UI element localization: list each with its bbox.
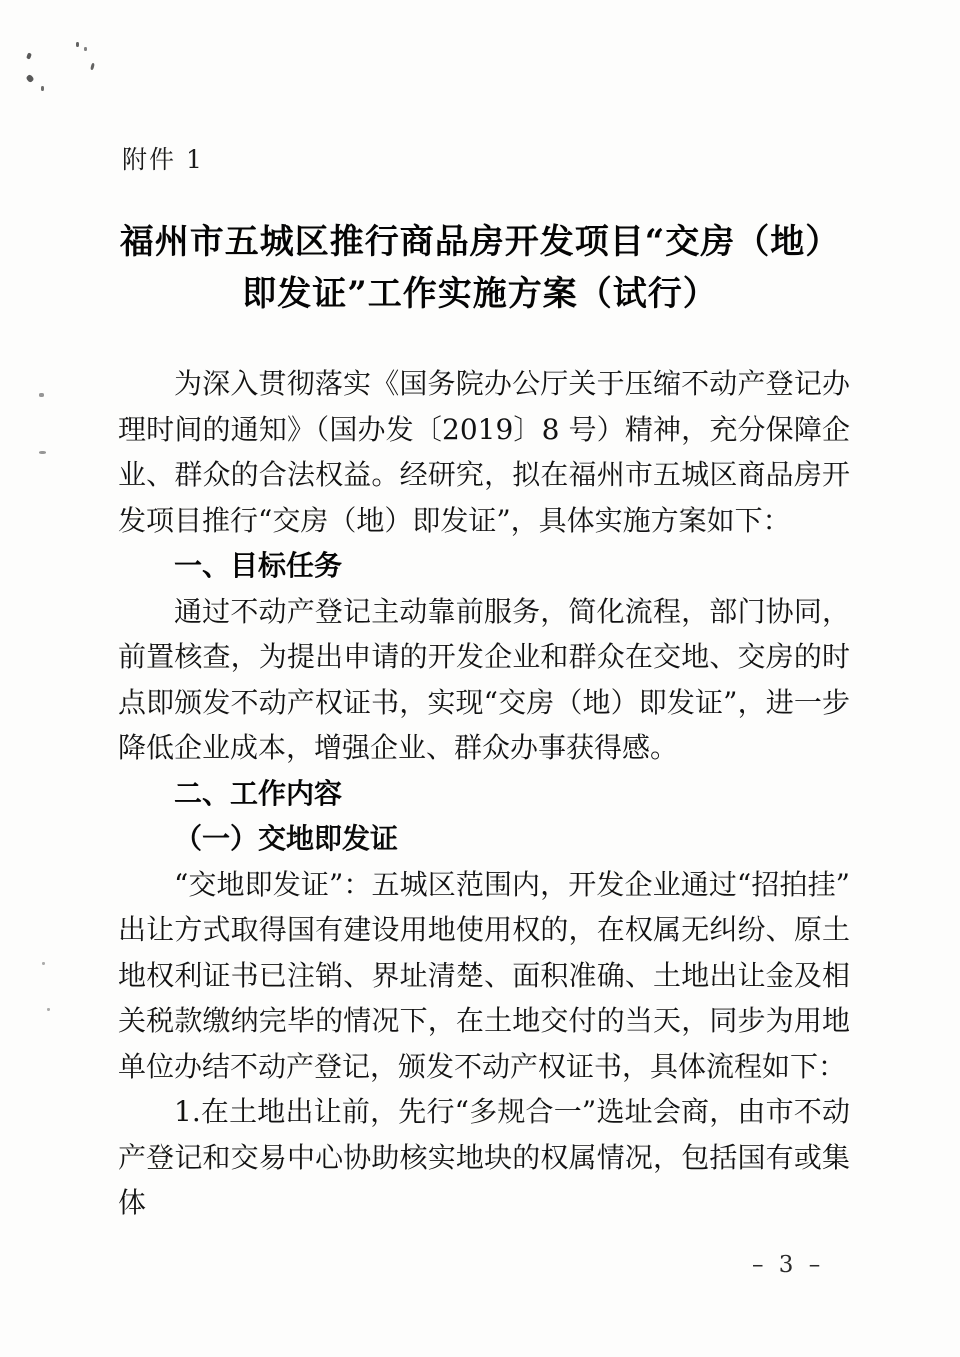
scan-speckle <box>47 1008 50 1011</box>
scan-speckle <box>26 52 32 59</box>
document-title-line-1: 福州市五城区推行商品房开发项目“交房（地） <box>120 222 841 262</box>
scan-speckle <box>39 393 44 397</box>
scan-speckle <box>90 63 95 71</box>
scan-speckle <box>41 86 44 91</box>
scan-speckle <box>76 42 79 47</box>
scan-speckle <box>84 47 87 51</box>
section-1-heading: 一、目标任务 <box>118 543 850 589</box>
scan-speckle <box>39 451 46 454</box>
scan-speckle <box>42 962 45 965</box>
document-body: 为深入贯彻落实《国务院办公厅关于压缩不动产登记办理时间的通知》（国办发〔2019… <box>118 361 850 1226</box>
subsection-2-1-heading: （一）交地即发证 <box>118 816 850 862</box>
paragraph-intro: 为深入贯彻落实《国务院办公厅关于压缩不动产登记办理时间的通知》（国办发〔2019… <box>118 361 850 543</box>
document-page: 附件 1 福州市五城区推行商品房开发项目“交房（地）即发证”工作实施方案（试行）… <box>0 0 960 1357</box>
page-number: – 3 – <box>752 1252 824 1278</box>
numbered-item-1-paragraph: 1.在土地出让前，先行“多规合一”选址会商，由市不动产登记和交易中心协助核实地块… <box>118 1089 850 1226</box>
attachment-label: 附件 1 <box>122 140 204 176</box>
section-1-paragraph: 通过不动产登记主动靠前服务，简化流程，部门协同，前置核查，为提出申请的开发企业和… <box>118 589 850 771</box>
section-2-heading: 二、工作内容 <box>118 771 850 817</box>
subsection-2-1-paragraph: “交地即发证”：五城区范围内，开发企业通过“招拍挂”出让方式取得国有建设用地使用… <box>118 862 850 1090</box>
scan-speckle <box>25 74 34 83</box>
document-title: 福州市五城区推行商品房开发项目“交房（地）即发证”工作实施方案（试行） <box>60 216 900 320</box>
document-title-line-2: 即发证”工作实施方案（试行） <box>242 274 718 314</box>
